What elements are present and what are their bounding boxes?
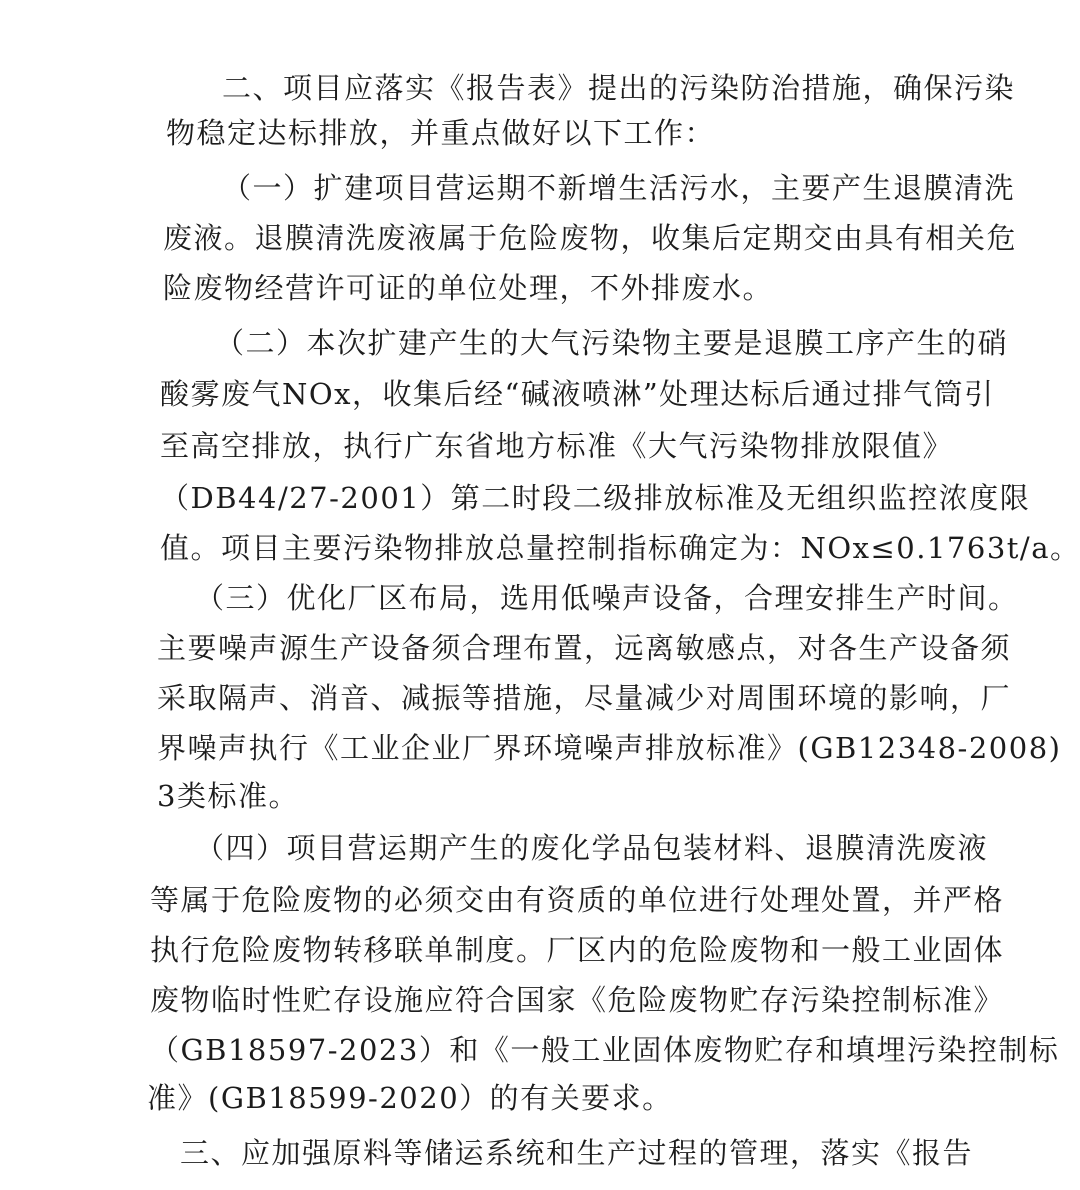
paragraph-section-3-line-1: 三、应加强原料等储运系统和生产过程的管理，落实《报告 [180,1135,973,1171]
paragraph-item-4-line-6: 准》(GB18599-2020）的有关要求。 [147,1080,673,1116]
paragraph-section-2-line-2: 物稳定达标排放，并重点做好以下工作： [166,115,715,151]
paragraph-item-4-line-3: 执行危险废物转移联单制度。厂区内的危险废物和一般工业固体 [150,932,1004,968]
paragraph-item-2-line-3: 至高空排放，执行广东省地方标准《大气污染物排放限值》 [160,428,953,464]
paragraph-item-4-line-1: （四）项目营运期产生的废化学品包装材料、退膜清洗废液 [195,830,988,866]
paragraph-item-2-line-2: 酸雾废气NOx，收集后经“碱液喷淋”处理达标后通过排气筒引 [160,376,995,412]
paragraph-item-1-line-3: 险废物经营许可证的单位处理，不外排废水。 [163,270,773,306]
paragraph-item-4-line-2: 等属于危险废物的必须交由有资质的单位进行处理处置，并严格 [150,882,1004,918]
paragraph-section-2-line-1: 二、项目应落实《报告表》提出的污染防治措施，确保污染 [222,70,1015,106]
paragraph-item-4-line-4: 废物临时性贮存设施应符合国家《危险废物贮存污染控制标准》 [150,982,1004,1018]
paragraph-item-2-line-5: 值。项目主要污染物排放总量控制指标确定为：NOx≤0.1763t/a。 [160,530,1080,566]
paragraph-item-3-line-5: 3类标准。 [157,778,299,814]
paragraph-item-2-line-1: （二）本次扩建产生的大气污染物主要是退膜工序产生的硝 [215,325,1008,361]
paragraph-item-1-line-2: 废液。退膜清洗废液属于危险废物，收集后定期交由具有相关危 [163,220,1017,256]
paragraph-item-3-line-4: 界噪声执行《工业企业厂界环境噪声排放标准》(GB12348-2008) [157,730,1061,766]
paragraph-item-3-line-3: 采取隔声、消音、减振等措施，尽量减少对周围环境的影响，厂 [157,680,1011,716]
paragraph-item-2-line-4: （DB44/27-2001）第二时段二级排放标准及无组织监控浓度限 [160,480,1030,516]
paragraph-item-1-line-1: （一）扩建项目营运期不新增生活污水，主要产生退膜清洗 [222,170,1015,206]
paragraph-item-3-line-1: （三）优化厂区布局，选用低噪声设备，合理安排生产时间。 [195,580,1019,616]
paragraph-item-3-line-2: 主要噪声源生产设备须合理布置，远离敏感点，对各生产设备须 [157,630,1011,666]
document-page: 二、项目应落实《报告表》提出的污染防治措施，确保污染 物稳定达标排放，并重点做好… [0,0,1080,1190]
paragraph-item-4-line-5: （GB18597-2023）和《一般工业固体废物贮存和填埋污染控制标 [150,1032,1059,1068]
